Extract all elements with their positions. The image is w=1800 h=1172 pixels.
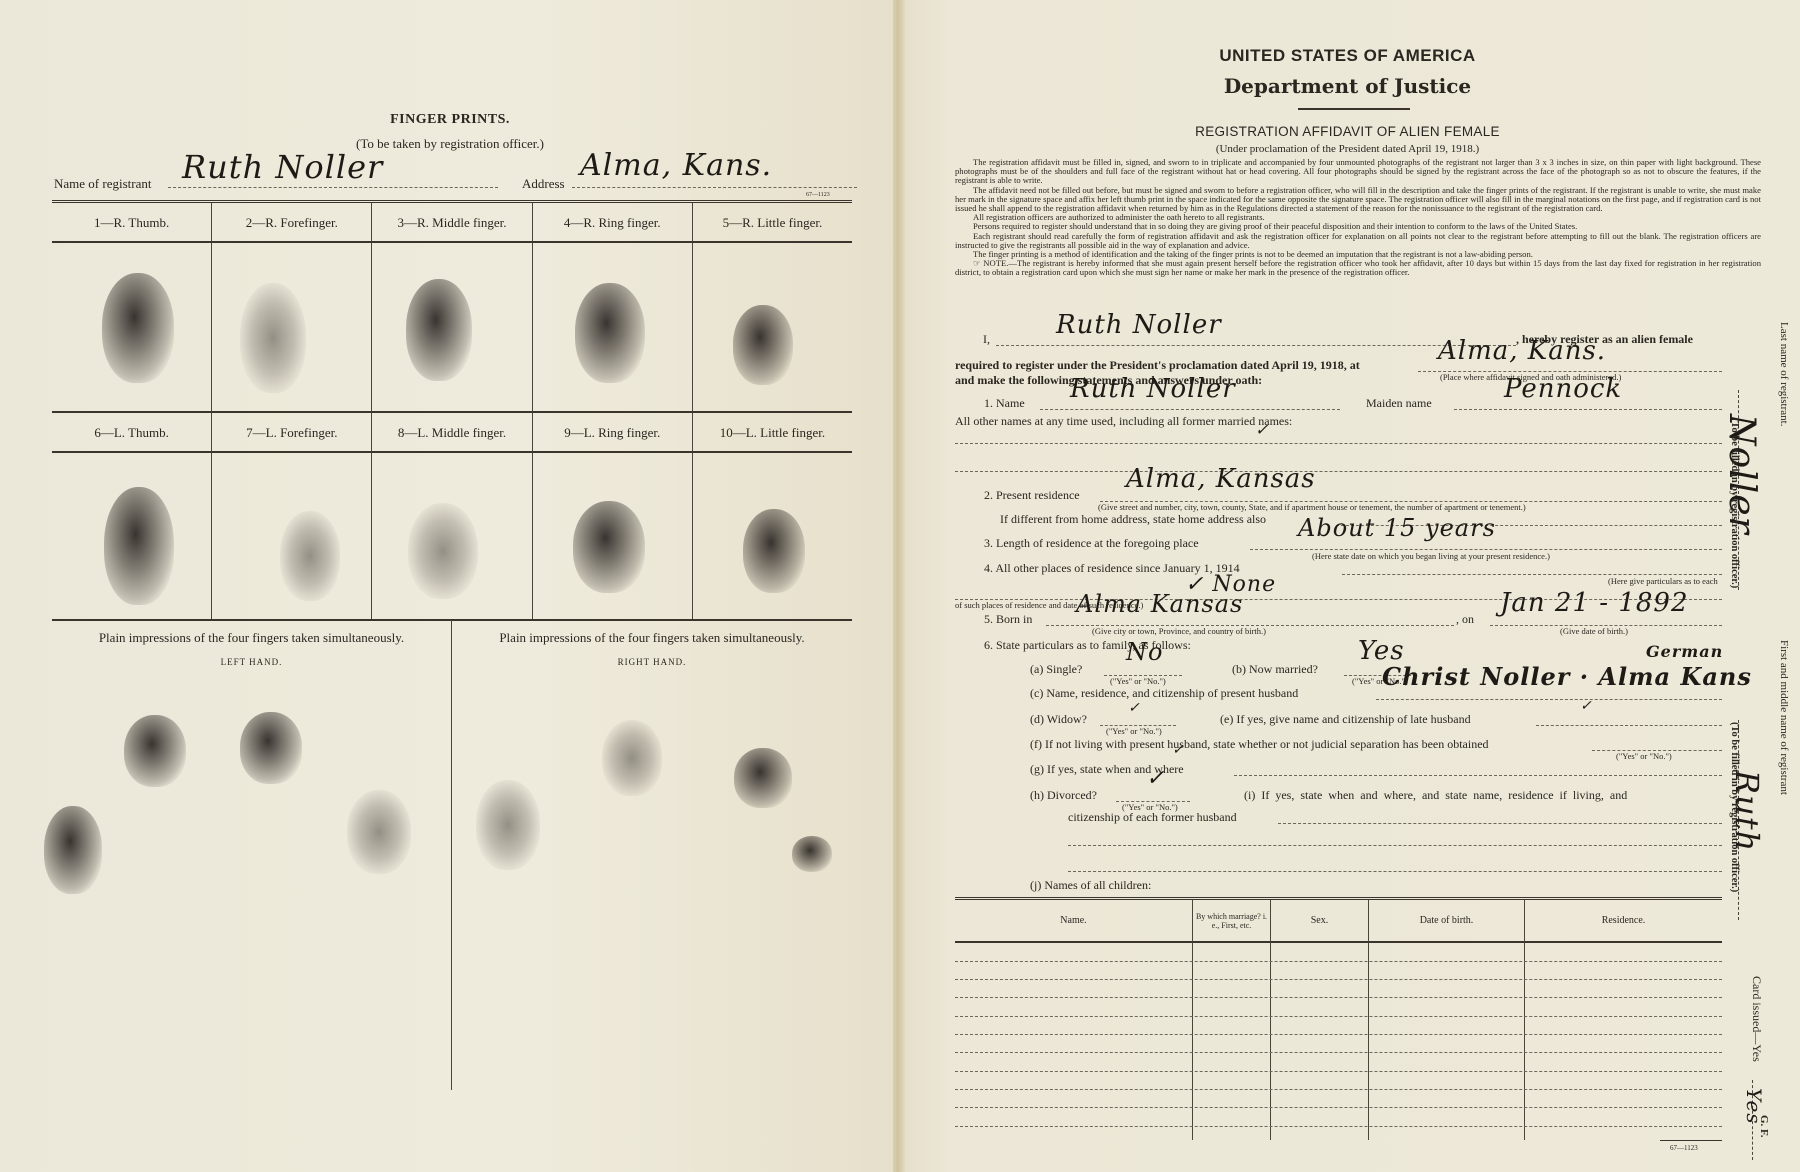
other-names-label: All other names at any time used, includ… xyxy=(955,414,1292,429)
dob-value: Jan 21 - 1892 xyxy=(1500,588,1689,618)
check-mark-icon: ✓ xyxy=(1128,700,1141,716)
first-name-note: (To be filled in by registration officer… xyxy=(1729,722,1740,892)
fingerprint-icon xyxy=(602,720,662,796)
finger-label-r-thumb: 1—R. Thumb. xyxy=(52,203,212,241)
finger-label-l-forefinger: 7—L. Forefinger. xyxy=(212,413,372,451)
proclamation-note: (Under proclamation of the President dat… xyxy=(895,143,1800,155)
table-column xyxy=(1193,943,1271,1140)
maiden-name-label: Maiden name xyxy=(1366,396,1432,411)
last-name-label: Last name of registrant. xyxy=(1778,322,1790,426)
fingerprint-icon xyxy=(573,501,645,593)
husband-value: Christ Noller · Alma Kans xyxy=(1382,662,1752,691)
table-column xyxy=(1271,943,1369,1140)
residence-field[interactable]: Alma, Kansas xyxy=(1100,486,1722,502)
left-hand-header-row: 6—L. Thumb. 7—L. Forefinger. 8—L. Middle… xyxy=(52,413,852,453)
fingerprint-icon xyxy=(734,748,792,808)
finger-label-r-forefinger: 2—R. Forefinger. xyxy=(212,203,372,241)
column-header-sex: Sex. xyxy=(1271,900,1369,943)
widow-label: (d) Widow? xyxy=(1030,712,1087,727)
print-cell-l-forefinger xyxy=(212,453,372,619)
other-places-note: (Here give particulars as to each xyxy=(1608,576,1718,586)
oath-prefix: I, xyxy=(983,332,990,347)
fingerprint-grid: 1—R. Thumb. 2—R. Forefinger. 3—R. Middle… xyxy=(52,200,852,618)
residence-label: 2. Present residence xyxy=(984,488,1080,503)
fingerprint-icon xyxy=(240,283,306,393)
husband-citizenship: German xyxy=(1646,642,1723,661)
fingerprint-icon xyxy=(102,273,174,383)
children-table: Name. By which marriage? i. e., First, e… xyxy=(955,897,1722,1137)
last-name-note: (To be filled in by registration officer… xyxy=(1729,418,1740,588)
address-label: Address xyxy=(522,176,565,192)
print-cell-r-little xyxy=(693,243,852,411)
finger-label-l-thumb: 6—L. Thumb. xyxy=(52,413,212,451)
check-mark-icon: ✓ xyxy=(1146,766,1165,791)
form-number-bottom: 67—1123 xyxy=(1670,1144,1698,1152)
print-cell-r-middle xyxy=(372,243,532,411)
fingerprint-icon xyxy=(124,715,186,787)
finger-label-r-ring: 4—R. Ring finger. xyxy=(533,203,693,241)
length-label: 3. Length of residence at the foregoing … xyxy=(984,536,1199,551)
table-column xyxy=(955,943,1193,1140)
residence-note: (Give street and number, city, town, cou… xyxy=(1098,502,1526,512)
other-places-field[interactable] xyxy=(1342,559,1722,575)
born-field[interactable]: Alma Kansas xyxy=(1046,610,1454,626)
fingerprint-icon xyxy=(733,305,793,385)
home-address-label: If different from home address, state ho… xyxy=(1000,512,1266,527)
department-heading: Department of Justice xyxy=(895,74,1800,98)
plain-impressions-left-hand: Plain impressions of the four fingers ta… xyxy=(52,620,452,1090)
instruction-paragraph: Each registrant should read carefully th… xyxy=(955,232,1761,250)
fingerprint-icon xyxy=(104,487,174,605)
instruction-paragraph: The affidavit need not be filled out bef… xyxy=(955,186,1761,214)
instruction-paragraph: ☞ NOTE.—The registrant is hereby informe… xyxy=(955,259,1761,277)
fingerprint-icon xyxy=(44,806,102,894)
column-header-dob: Date of birth. xyxy=(1369,900,1525,943)
print-cell-l-ring xyxy=(533,453,693,619)
right-hand-prints-row xyxy=(52,243,852,413)
other-names-field-2[interactable] xyxy=(955,458,1722,472)
plain-impressions-right-text: Plain impressions of the four fingers ta… xyxy=(452,630,852,646)
divorced-field[interactable]: ✓ xyxy=(1116,786,1190,802)
finger-label-l-ring: 9—L. Ring finger. xyxy=(533,413,693,451)
name-label: 1. Name xyxy=(984,396,1025,411)
check-mark-icon: ✓ xyxy=(1172,742,1185,758)
print-cell-r-ring xyxy=(533,243,693,411)
registrant-name-label: Name of registrant xyxy=(54,176,151,192)
former-husband-field-1[interactable] xyxy=(1278,808,1722,824)
dob-field[interactable]: Jan 21 - 1892 xyxy=(1490,610,1722,626)
last-name-value[interactable]: Noller xyxy=(1721,414,1762,535)
column-header-name: Name. xyxy=(955,900,1193,943)
left-hand-label: LEFT HAND. xyxy=(52,657,451,667)
form-number-top: 67—1123 xyxy=(806,192,830,198)
other-names-field-1[interactable]: ✓ xyxy=(955,430,1722,444)
registrant-name-field[interactable]: Ruth Noller xyxy=(168,170,498,188)
yes-no-note: ("Yes" or "No.") xyxy=(1110,676,1166,686)
plain-impressions-section: Plain impressions of the four fingers ta… xyxy=(52,620,852,1090)
table-row[interactable] xyxy=(955,1107,1722,1108)
address-field[interactable]: Alma, Kans. xyxy=(572,170,857,188)
single-label: (a) Single? xyxy=(1030,662,1082,677)
dob-note: (Give date of birth.) xyxy=(1560,626,1628,636)
first-name-label: First and middle name of registrant xyxy=(1778,640,1790,795)
residence-value: Alma, Kansas xyxy=(1126,464,1316,494)
instructions-block: The registration affidavit must be fille… xyxy=(955,158,1761,278)
card-issued-initials: G. F. xyxy=(1758,1115,1770,1138)
separation-field[interactable] xyxy=(1592,735,1722,751)
late-husband-field[interactable]: ✓ xyxy=(1536,710,1722,726)
fingerprint-icon xyxy=(347,790,411,874)
when-where-field[interactable] xyxy=(1234,760,1722,776)
fingerprint-icon xyxy=(406,279,472,381)
former-husband-field-2[interactable] xyxy=(1068,832,1722,846)
divorced-label: (h) Divorced? xyxy=(1030,788,1097,803)
former-husband-label: (i) If yes, state when and where, and st… xyxy=(1244,788,1627,803)
address-value: Alma, Kans. xyxy=(580,148,772,183)
right-hand-label: RIGHT HAND. xyxy=(452,657,852,667)
married-label: (b) Now married? xyxy=(1232,662,1318,677)
title-rule xyxy=(1298,108,1410,110)
former-husband-label-2: citizenship of each former husband xyxy=(1068,810,1237,825)
length-field[interactable]: About 15 years xyxy=(1250,534,1722,550)
table-row[interactable] xyxy=(955,997,1722,998)
left-hand-prints-row xyxy=(52,453,852,621)
table-row[interactable] xyxy=(955,1089,1722,1090)
fingerprint-icon xyxy=(575,283,645,383)
born-note: (Give city or town, Province, and countr… xyxy=(1092,626,1266,636)
late-husband-label: (e) If yes, give name and citizenship of… xyxy=(1220,712,1471,727)
widow-field[interactable]: ✓ xyxy=(1100,710,1176,726)
name-field[interactable]: Ruth Noller xyxy=(1040,394,1340,410)
finger-label-r-middle: 3—R. Middle finger. xyxy=(372,203,532,241)
plain-impressions-left-text: Plain impressions of the four fingers ta… xyxy=(52,630,451,646)
length-value: About 15 years xyxy=(1298,514,1496,542)
fingerprint-icon xyxy=(792,836,832,872)
table-row[interactable] xyxy=(955,1126,1722,1127)
table-row[interactable] xyxy=(955,1071,1722,1072)
fingerprints-title: FINGER PRINTS. xyxy=(0,112,900,128)
former-husband-field-3[interactable] xyxy=(1068,858,1722,872)
instruction-paragraph: The registration affidavit must be fille… xyxy=(955,158,1761,186)
finger-label-l-little: 10—L. Little finger. xyxy=(693,413,852,451)
table-column xyxy=(1369,943,1525,1140)
oath-line-2: required to register under the President… xyxy=(955,358,1360,373)
maiden-name-value: Pennock xyxy=(1504,374,1622,404)
check-mark-icon: ✓ xyxy=(1580,698,1593,714)
form-title: REGISTRATION AFFIDAVIT OF ALIEN FEMALE xyxy=(895,124,1800,139)
separation-label: (f) If not living with present husband, … xyxy=(1030,737,1489,752)
footer-rule xyxy=(1660,1140,1722,1141)
oath-place-field[interactable]: Alma, Kans. xyxy=(1418,356,1722,372)
column-header-residence: Residence. xyxy=(1525,900,1722,943)
table-row[interactable] xyxy=(955,979,1722,980)
born-value: Alma Kansas xyxy=(1076,590,1243,618)
yes-no-note: ("Yes" or "No.") xyxy=(1106,726,1162,736)
registrant-name-value: Ruth Noller xyxy=(182,148,383,186)
print-cell-l-thumb xyxy=(52,453,212,619)
right-hand-header-row: 1—R. Thumb. 2—R. Forefinger. 3—R. Middle… xyxy=(52,203,852,243)
table-row[interactable] xyxy=(955,1052,1722,1053)
finger-label-l-middle: 8—L. Middle finger. xyxy=(372,413,532,451)
check-mark-icon: ✓ xyxy=(1255,420,1269,439)
husband-field[interactable]: Christ Noller · Alma Kans German xyxy=(1376,684,1722,700)
single-field[interactable]: No xyxy=(1104,660,1182,676)
on-label: , on xyxy=(1456,612,1474,627)
fingerprint-icon xyxy=(408,503,478,599)
finger-label-r-little: 5—R. Little finger. xyxy=(693,203,852,241)
table-row[interactable] xyxy=(955,961,1722,962)
table-row[interactable] xyxy=(955,1034,1722,1035)
fingerprint-icon xyxy=(743,509,805,593)
print-cell-l-middle xyxy=(372,453,532,619)
children-label: (j) Names of all children: xyxy=(1030,878,1151,893)
print-cell-r-thumb xyxy=(52,243,212,411)
print-cell-r-forefinger xyxy=(212,243,372,411)
column-header-marriage: By which marriage? i. e., First, etc. xyxy=(1193,900,1271,943)
name-value: Ruth Noller xyxy=(1070,374,1236,404)
single-value: No xyxy=(1126,638,1163,666)
oath-name-value: Ruth Noller xyxy=(1056,310,1222,340)
fingerprint-icon xyxy=(240,712,302,784)
maiden-name-field[interactable]: Pennock xyxy=(1454,394,1722,410)
country-heading: UNITED STATES OF AMERICA xyxy=(895,46,1800,66)
table-row[interactable] xyxy=(955,1016,1722,1017)
plain-impressions-right-hand: Plain impressions of the four fingers ta… xyxy=(452,620,852,1090)
born-label: 5. Born in xyxy=(984,612,1032,627)
card-issued-label: Card issued—Yes xyxy=(1749,976,1764,1062)
fingerprint-icon xyxy=(476,780,540,870)
page-fold xyxy=(893,0,905,1172)
oath-place-value: Alma, Kans. xyxy=(1438,336,1606,366)
fingerprint-icon xyxy=(280,511,340,601)
husband-label: (c) Name, residence, and citizenship of … xyxy=(1030,686,1298,701)
print-cell-l-little xyxy=(693,453,852,619)
